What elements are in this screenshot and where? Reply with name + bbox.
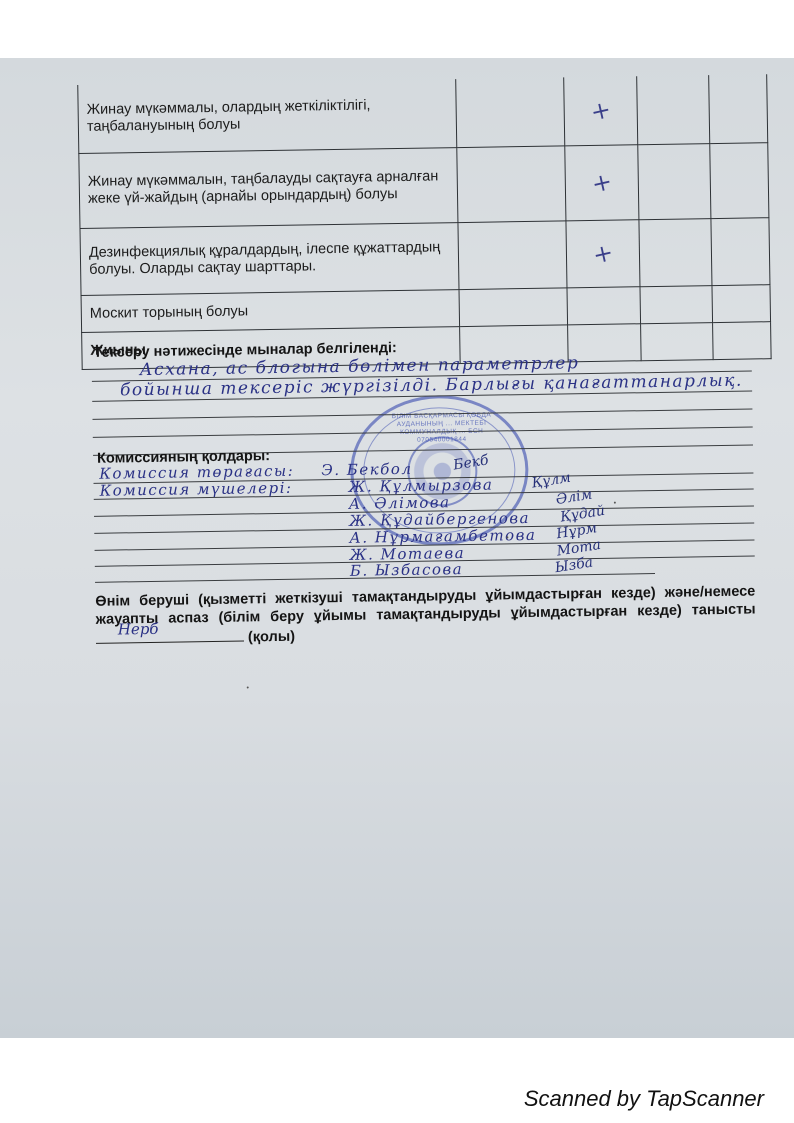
cell [455,77,565,147]
member-signature: Құлм [531,470,572,492]
table-row: Жинау мүкәммалын, таңбалауды сақтауға ар… [79,143,769,229]
plus-mark: + [590,238,616,270]
scanner-watermark: Scanned by TapScanner [524,1086,764,1112]
row-label: Жинау мүкәммалы, олардың жеткіліктілігі,… [78,79,457,153]
cell [709,143,769,219]
cell [710,218,770,286]
cell [712,322,771,360]
member-name: Б. Ызбасова [350,560,463,580]
plus-mark: + [589,167,615,199]
cell-mark [567,287,640,325]
plus-mark: + [588,95,614,127]
cell-mark: + [566,220,640,288]
cell [708,74,768,143]
inspection-table: Жинау мүкәммалы, олардың жеткіліктілігі,… [77,74,771,370]
table-row: Жинау мүкәммалы, олардың жеткіліктілігі,… [78,74,768,153]
cell [458,221,568,290]
signature-caption: (қолы) [248,629,295,646]
scanned-page-photo: Жинау мүкәммалы, олардың жеткіліктілігі,… [0,58,794,1038]
speck [506,536,508,538]
members-label: Комиссия мүшелері: [99,479,292,500]
acknowledgement-paragraph: Өнім беруші (қызметті жеткізуші тамақтан… [95,582,756,648]
signature-line: Нерб [96,626,244,643]
cell [638,144,711,220]
cell [639,219,711,287]
cell [640,286,712,324]
cell [459,288,568,327]
cell [456,146,566,223]
speck [614,502,616,504]
cell-mark: + [565,145,639,221]
cell [641,323,713,361]
cell [711,285,770,323]
row-label: Дезинфекциялық құралдардың, ілеспе құжат… [80,223,459,296]
row-label: Жинау мүкәммалын, таңбалауды сақтауға ар… [79,148,458,229]
cell [637,75,709,145]
cell-mark: + [564,76,638,146]
table-row: Дезинфекциялық құралдардың, ілеспе құжат… [80,218,770,296]
acknowledgement-signature: Нерб [118,620,159,639]
acknowledgement-text: Өнім беруші (қызметті жеткізуші тамақтан… [95,583,755,627]
speck [247,686,249,688]
document-sheet: Жинау мүкәммалы, олардың жеткіліктілігі,… [0,58,794,1038]
row-label: Москит торының болуы [81,290,459,333]
